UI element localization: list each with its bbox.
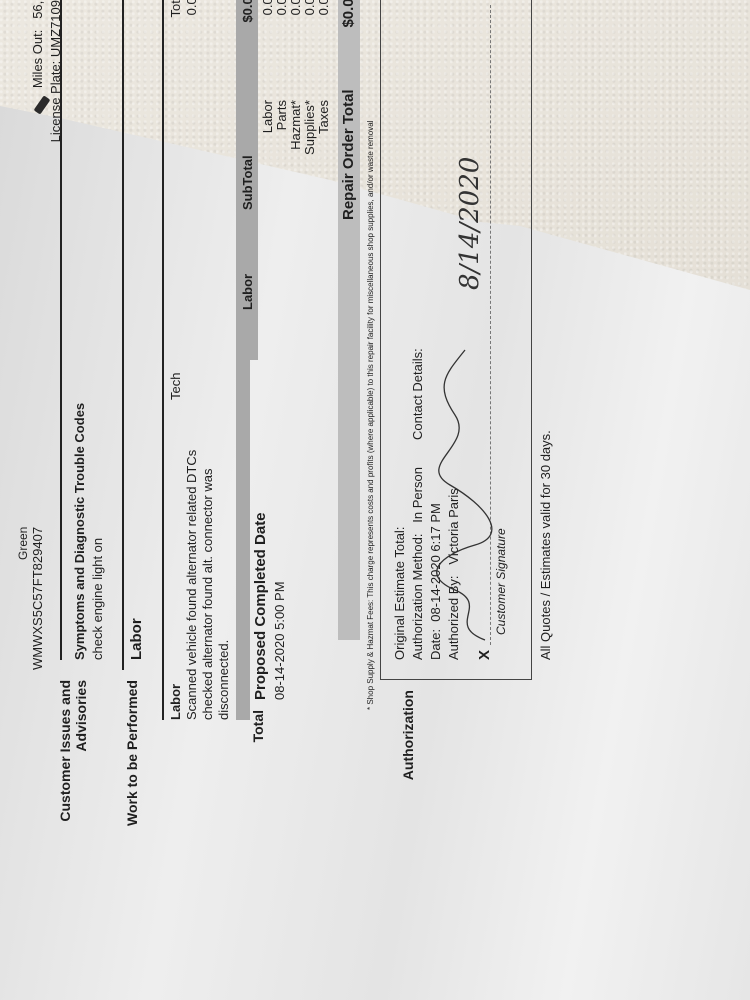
original-estimate: Original Estimate Total: (392, 527, 407, 660)
repair-order-total-label: Repair Order Total (340, 89, 357, 220)
labor-total-label: Total (168, 0, 183, 50)
symptoms-text: check engine light on (90, 538, 105, 660)
subtotal-band-labor: Labor (240, 274, 255, 310)
totals-line-value: 0.00 (274, 0, 289, 50)
auth-method: Authorization Method: In Person (410, 467, 425, 660)
contact-details: Contact Details: (410, 348, 425, 440)
repair-order-total-value: $0.00 (340, 0, 357, 50)
totals-line-label: Taxes (316, 100, 331, 210)
totals-line-value: 0.00 (288, 0, 303, 50)
total-section-label: Total (250, 710, 266, 870)
vehicle-vin: WMWXS5C57FT829407 (30, 527, 45, 670)
authorization-label: Authorization (400, 690, 416, 870)
totals-line-label: Hazmat* (288, 100, 303, 210)
work-heading: Labor (128, 618, 145, 660)
totals-line-label: Labor (260, 100, 275, 210)
totals-line-value: 0.00 (260, 0, 275, 50)
totals-line-label: Supplies* (302, 100, 317, 210)
signature-x-mark: X (476, 650, 493, 660)
signature-caption: Customer Signature (494, 528, 508, 635)
divider (60, 0, 62, 660)
vehicle-color: Green (16, 527, 30, 560)
divider (122, 0, 124, 670)
labor-description-3: disconnected. (216, 640, 231, 720)
subtotal-value: $0.00 (240, 0, 255, 50)
validity-note: All Quotes / Estimates valid for 30 days… (538, 430, 553, 660)
totals-line-value: 0.00 (316, 0, 331, 50)
subtotal-band-label: SubTotal (240, 155, 255, 210)
proposed-date-heading: Proposed Completed Date (252, 512, 269, 700)
labor-description-2: checked alternator found alt. connector … (200, 469, 215, 720)
tech-label: Tech (168, 373, 183, 400)
customer-issues-label: Customer Issues and Advisories (57, 680, 89, 880)
labor-description-1: Scanned vehicle found alternator related… (184, 450, 199, 720)
handwritten-date: 8/14/2020 (455, 157, 485, 290)
proposed-date: 08-14-2020 5:00 PM (272, 581, 287, 700)
labor-total-value: 0.00 (184, 0, 199, 50)
labor-item-heading: Labor (168, 684, 183, 720)
fees-footnote: * Shop Supply & Hazmat Fees: This charge… (366, 121, 375, 710)
miles-out: Miles Out: 56,114 (30, 0, 45, 230)
divider (162, 0, 164, 720)
signature-scribble (435, 345, 495, 645)
totals-line-label: Parts (274, 100, 289, 210)
repair-order-document: Green WMWXS5C57FT829407 Miles Out: 56,11… (0, 180, 560, 1000)
totals-line-value: 0.00 (302, 0, 317, 50)
work-label: Work to be Performed (124, 680, 140, 900)
symptoms-heading: Symptoms and Diagnostic Trouble Codes (72, 403, 87, 660)
